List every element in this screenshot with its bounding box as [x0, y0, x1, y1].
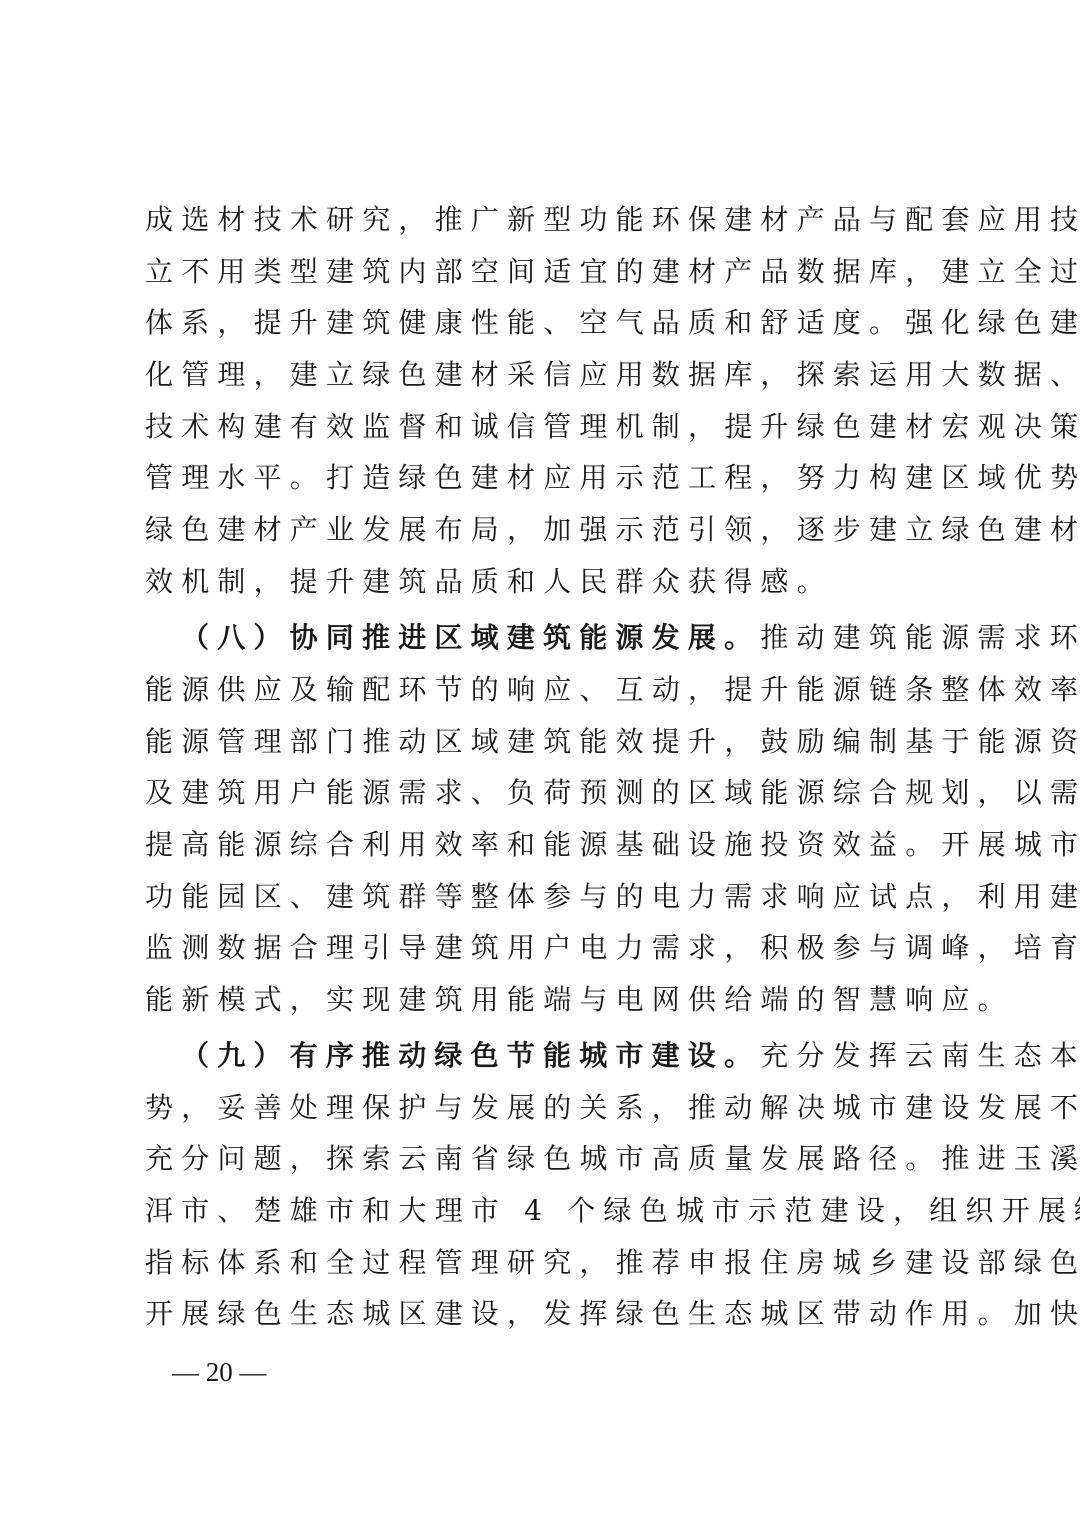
section-8-line: 监测数据合理引导建筑用户电力需求，积极参与调峰，培育智慧用: [145, 928, 955, 968]
body-line-3: 体系，提升建筑健康性能、空气品质和舒适度。强化绿色建材信息: [145, 303, 955, 343]
section-8-line: 提高能源综合利用效率和能源基础设施投资效益。开展城市新区、: [145, 825, 955, 865]
section-8-line: 功能园区、建筑群等整体参与的电力需求响应试点，利用建筑用能: [145, 877, 955, 917]
section-8-intro: 推动建筑能源需求环节与: [760, 621, 1080, 654]
section-9-first-line: （九）有序推动绿色节能城市建设。充分发挥云南生态本底优: [181, 1036, 991, 1076]
section-8-first-line: （八）协同推进区域建筑能源发展。推动建筑能源需求环节与: [181, 618, 991, 658]
body-line-1: 成选材技术研究，推广新型功能环保建材产品与配套应用技术，建: [145, 200, 955, 240]
body-line-8: 效机制，提升建筑品质和人民群众获得感。: [145, 562, 955, 602]
body-line-4: 化管理，建立绿色建材采信应用数据库，探索运用大数据、区块链: [145, 355, 955, 395]
section-8-line: 能新模式，实现建筑用能端与电网供给端的智慧响应。: [145, 980, 955, 1020]
section-9-heading: （九）有序推动绿色节能城市建设。: [181, 1039, 760, 1072]
section-9-line: 洱市、楚雄市和大理市 4 个绿色城市示范建设，组织开展绿色城市: [145, 1191, 955, 1231]
body-line-6: 管理水平。打造绿色建材应用示范工程，努力构建区域优势突出的: [145, 458, 955, 498]
page-number: — 20 —: [172, 1356, 267, 1388]
section-8-line: 能源管理部门推动区域建筑能效提升，鼓励编制基于能源资源条件: [145, 722, 955, 762]
body-line-7: 绿色建材产业发展布局，加强示范引领，逐步建立绿色建材发展长: [145, 510, 955, 550]
section-8-heading: （八）协同推进区域建筑能源发展。: [181, 621, 760, 654]
section-9-intro: 充分发挥云南生态本底优: [760, 1039, 1080, 1072]
section-9-line: 指标体系和全过程管理研究，推荐申报住房城乡建设部绿色城市。: [145, 1243, 955, 1283]
section-8-line: 能源供应及输配环节的响应、互动，提升能源链条整体效率。会同: [145, 670, 955, 710]
section-9-line: 开展绿色生态城区建设，发挥绿色生态城区带动作用。加快构建绿: [145, 1294, 955, 1334]
section-9-line: 充分问题，探索云南省绿色城市高质量发展路径。推进玉溪市、普: [145, 1139, 955, 1179]
section-9-line: 势，妥善处理保护与发展的关系，推动解决城市建设发展不平衡不: [145, 1088, 955, 1128]
body-line-2: 立不用类型建筑内部空间适宜的建材产品数据库，建立全过程标准: [145, 252, 955, 292]
body-line-5: 技术构建有效监督和诚信管理机制，提升绿色建材宏观决策和行业: [145, 407, 955, 447]
section-8-line: 及建筑用户能源需求、负荷预测的区域能源综合规划，以需定供，: [145, 773, 955, 813]
document-page: 成选材技术研究，推广新型功能环保建材产品与配套应用技术，建 立不用类型建筑内部空…: [0, 0, 1080, 1527]
